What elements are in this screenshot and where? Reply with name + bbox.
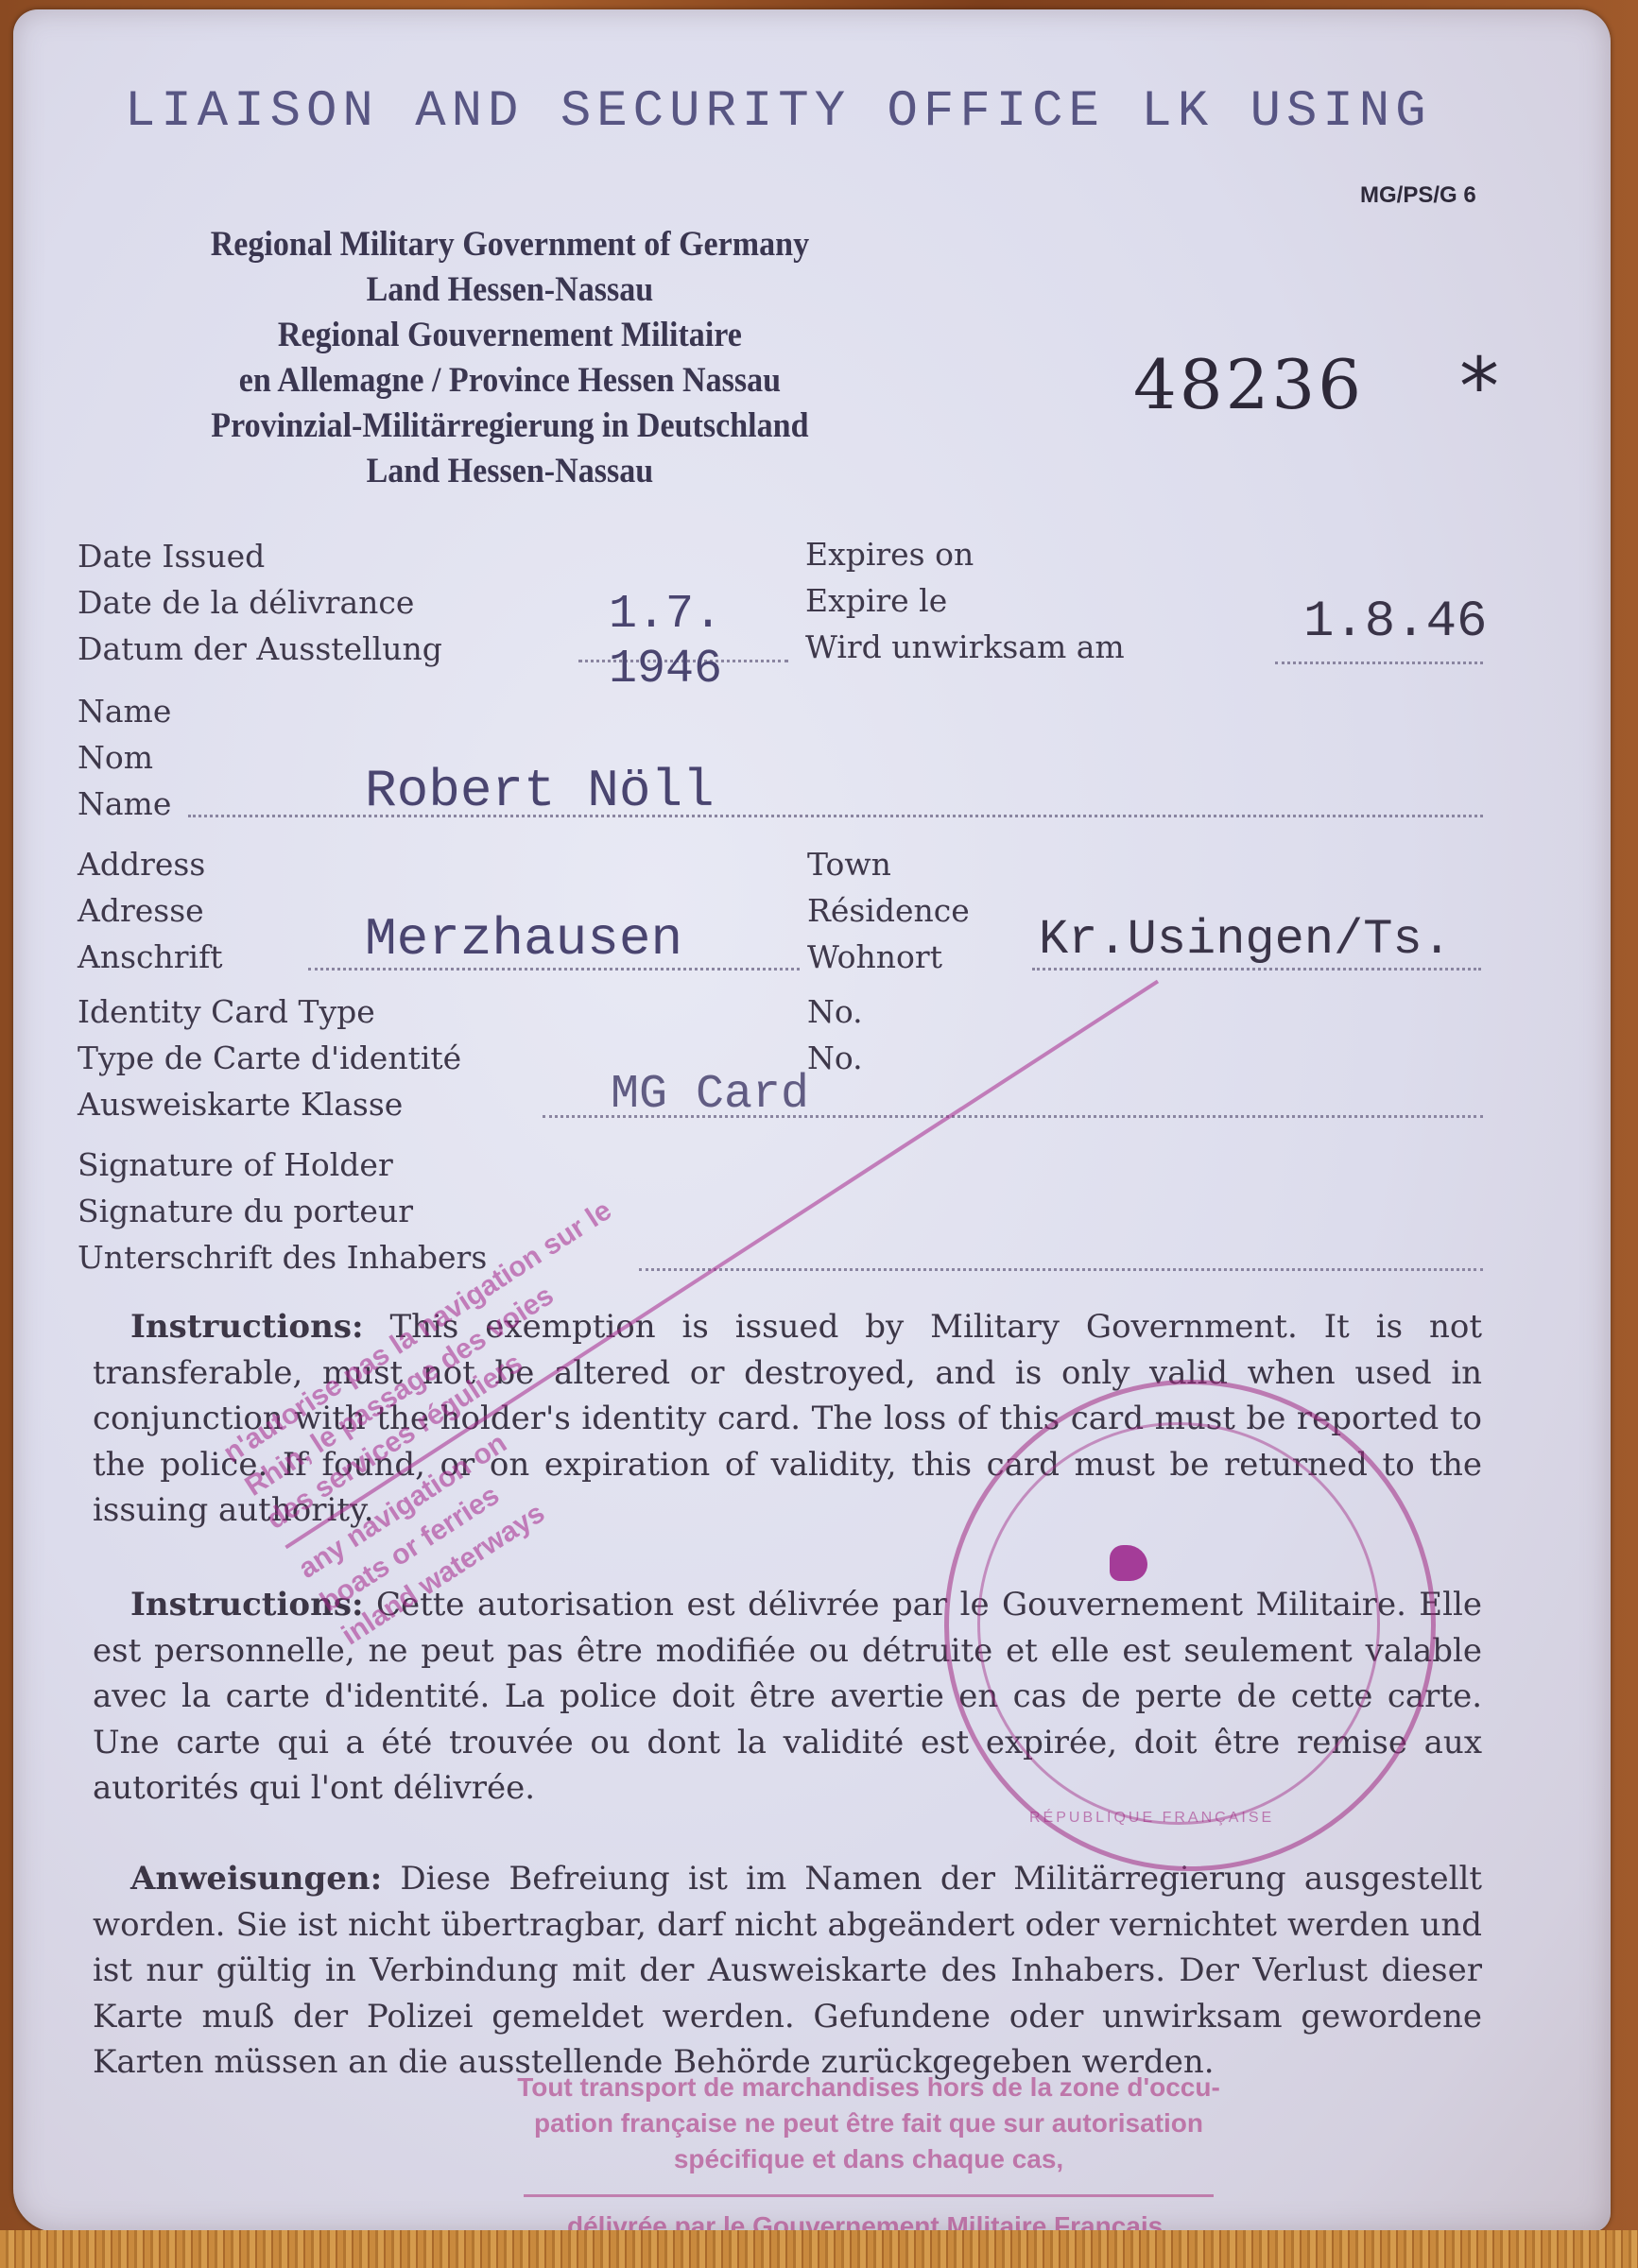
stamp-line: délivrée par le Gouvernement Militaire F… [372, 2208, 1365, 2232]
authority-line: Regional Military Government of Germany [79, 222, 940, 267]
wooden-surface [0, 2230, 1638, 2268]
ink-blot-icon [1110, 1545, 1147, 1581]
date-issued-labels: Date Issued Date de la délivrance Datum … [78, 533, 442, 672]
instructions-german: Anweisungen: Diese Befreiung ist im Name… [93, 1856, 1482, 2086]
label-en: Address [78, 841, 223, 887]
label-en: Identity Card Type [78, 988, 461, 1035]
stamp-line: pation française ne peut être fait que s… [372, 2105, 1365, 2141]
card-type-labels: Identity Card Type Type de Carte d'ident… [78, 988, 461, 1127]
label-fr: Date de la délivrance [78, 579, 442, 626]
label-fr: Nom [78, 734, 171, 781]
form-code: MG/PS/G 6 [1360, 182, 1476, 209]
label-de: Anschrift [78, 934, 223, 980]
typed-office-header: LIAISON AND SECURITY OFFICE LK USING [125, 83, 1432, 141]
round-stamp-inner-ring [977, 1422, 1380, 1825]
town-labels: Town Résidence Wohnort [807, 841, 970, 980]
label-en: Town [807, 841, 970, 887]
label-en: Name [78, 688, 171, 734]
label-en: Signature of Holder [78, 1142, 487, 1188]
expires-line [1275, 661, 1483, 664]
stamp-divider [524, 2194, 1214, 2197]
label-de: Ausweiskarte Klasse [78, 1081, 461, 1127]
expires-value: 1.8.46 [1303, 593, 1487, 651]
round-stamp-text: RÉPUBLIQUE FRANÇAISE [1029, 1810, 1274, 1827]
label-fr: Expire le [805, 577, 1125, 624]
authority-line: Provinzial-Militärregierung in Deutschla… [79, 404, 940, 449]
address-labels: Address Adresse Anschrift [78, 841, 223, 980]
date-issued-value: 1.7. [609, 588, 722, 642]
name-labels: Name Nom Name [78, 688, 171, 827]
label-de: Wird unwirksam am [805, 624, 1125, 670]
stamp-line: Tout transport de marchandises hors de l… [372, 2070, 1365, 2105]
label-fr: Signature du porteur [78, 1188, 487, 1234]
authority-line: en Allemagne / Province Hessen Nassau [79, 358, 940, 404]
asterisk-mark-icon: * [1459, 340, 1499, 433]
label-en: Expires on [805, 531, 1125, 577]
authority-line: Regional Gouvernement Militaire [79, 313, 940, 358]
authority-line: Land Hessen-Nassau [79, 449, 940, 494]
label-fr: Résidence [807, 887, 970, 934]
expires-labels: Expires on Expire le Wird unwirksam am [805, 531, 1125, 670]
serial-number: 48236 [1133, 345, 1364, 424]
label-de: Unterschrift des Inhabers [78, 1234, 487, 1280]
authority-line: Land Hessen-Nassau [79, 267, 940, 313]
date-issued-year: 1946 [609, 643, 722, 696]
label-de: Name [78, 781, 171, 827]
label-fr: Adresse [78, 887, 223, 934]
label-de: Datum der Ausstellung [78, 626, 442, 672]
identity-card: LIAISON AND SECURITY OFFICE LK USING MG/… [13, 9, 1611, 2232]
issuing-authority-block: Regional Military Government of Germany … [79, 222, 940, 494]
stamp-line: spécifique et dans chaque cas, [372, 2141, 1365, 2177]
holder-name-value: Robert Nöll [365, 761, 715, 821]
signature-labels: Signature of Holder Signature du porteur… [78, 1142, 487, 1280]
bottom-stamp: Tout transport de marchandises hors de l… [372, 2070, 1365, 2232]
label-fr: Type de Carte d'identité [78, 1035, 461, 1081]
address-value: Merzhausen [365, 909, 682, 970]
instructions-heading: Anweisungen: [130, 1860, 382, 1898]
instructions-heading: Instructions: [130, 1308, 364, 1346]
label-en: Date Issued [78, 533, 442, 579]
